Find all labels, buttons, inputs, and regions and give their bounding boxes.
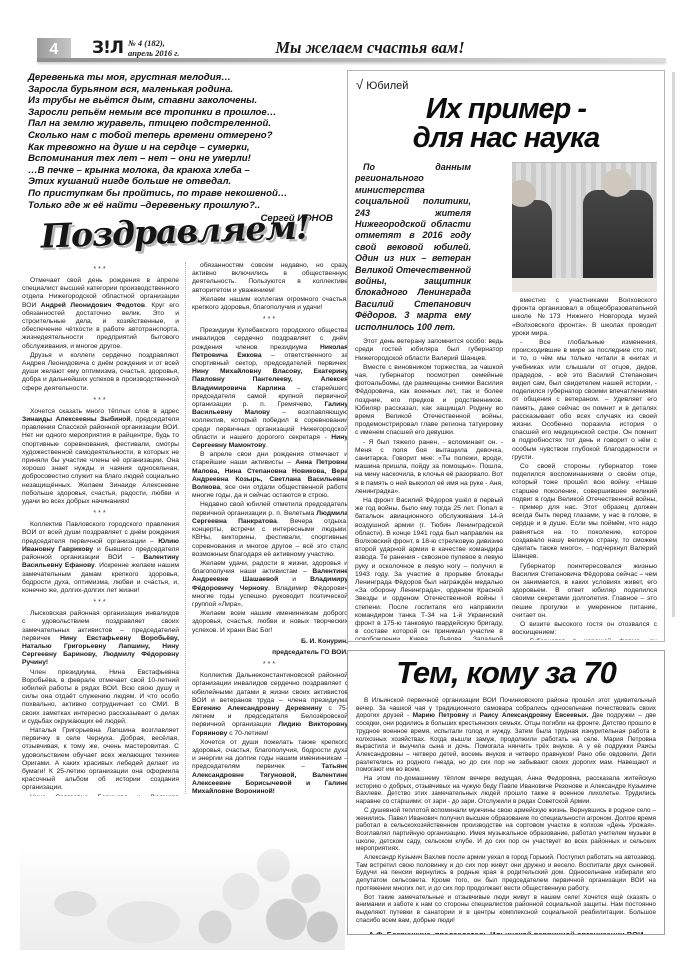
- jubilee-column-2: вместно с участниками Волховского фронта…: [512, 162, 657, 640]
- rubric-label: Юбилей: [366, 80, 408, 92]
- paragraph: Вспоминания тех лет – нет – они не умерл…: [28, 153, 333, 165]
- section-separator: ***: [22, 397, 179, 404]
- anniversary-headline: Тем, кому за 70: [356, 655, 656, 691]
- signature: председатель ГО ВОИ.: [192, 649, 348, 657]
- newspaper-logo: З!Л: [92, 38, 123, 58]
- poem: Деревенька ты моя, грустная мелодия…Заро…: [28, 72, 333, 225]
- jubilee-lead: По данным регионального министерства соц…: [355, 162, 503, 333]
- section-separator: ***: [192, 661, 348, 668]
- paragraph: По данным регионального министерства соц…: [355, 162, 471, 333]
- paragraph: - Все глобальные изменения, происходивши…: [512, 339, 657, 462]
- paragraph: Наталья Григорьевна Лапшина возглавляет …: [22, 727, 179, 793]
- paragraph: Коллектив Дальнеконстантиновской районно…: [192, 672, 348, 738]
- newspaper-page: 4 З!Л № 4 (182), апрель 2016 г. Мы желае…: [0, 0, 680, 956]
- paragraph: В апреле свои дни рождения отмечают и ст…: [192, 451, 348, 500]
- photo-table: [512, 278, 657, 292]
- veteran-figure: [512, 200, 552, 282]
- paragraph: - Я был тяжело ранен, - вспоминает он. -…: [355, 439, 503, 496]
- paragraph: В Ильинской первичной организации ВОИ По…: [356, 697, 656, 774]
- header-rule: [37, 58, 666, 62]
- paragraph: Деревенька ты моя, грустная мелодия…: [28, 72, 333, 84]
- paragraph: Из трубы не вьётся дым, ставни заколочен…: [28, 95, 333, 107]
- paragraph: О визите высокого гостя он отозвался с в…: [512, 621, 657, 637]
- paragraph: Хочется от души пожелать также крепкого …: [192, 739, 348, 794]
- anniversary-text: В Ильинской первичной организации ВОИ По…: [356, 697, 656, 935]
- paragraph: С душевной теплотой вспоминали мужчины с…: [356, 807, 656, 853]
- paragraph: На фронт Василий Фёдоров ушёл в первый ж…: [355, 497, 503, 640]
- anniversary-article: Тем, кому за 70 В Ильинской первичной ор…: [347, 650, 665, 935]
- newspaper-slogan: Мы желаем счастья вам!: [250, 38, 490, 58]
- signature: А.Ф. Безручкина, председатель Ильинской …: [356, 931, 656, 935]
- paragraph: Со своей стороны губернатор тоже поделил…: [512, 463, 657, 561]
- section-separator: ***: [22, 599, 179, 606]
- paragraph: Недавно свой юбилей отметила председател…: [192, 501, 348, 558]
- jubilee-column-1: По данным регионального министерства соц…: [355, 162, 503, 640]
- paragraph: Губернатор поинтересовался жизнью Васили…: [512, 563, 657, 620]
- paragraph: Сколько нам с тобой теперь времени отмер…: [28, 130, 333, 142]
- paragraph: Вот такие замечательные и отзывчивые люд…: [356, 894, 656, 925]
- paragraph: Желаем всем нашим именинникам доброго зд…: [192, 610, 348, 635]
- signature: Б. И. Конурин,: [192, 638, 348, 646]
- paragraph: обязанностям совсем недавно, но сразу ак…: [192, 262, 348, 295]
- paragraph: Президиум Кулебакского городского общест…: [192, 327, 348, 450]
- jubilee-headline-line2: для нас наука: [354, 124, 658, 153]
- section-separator: ***: [192, 316, 348, 323]
- page-number: 4: [50, 41, 59, 59]
- paragraph: Вместе с виновником торжества, за чашкой…: [355, 364, 503, 438]
- paragraph: вместно с участниками Волховского фронта…: [512, 297, 657, 338]
- paragraph: Хочется сказать много тёплых слов в адре…: [22, 408, 179, 506]
- paragraph: Лысковская районная организация инвалидо…: [22, 610, 179, 667]
- issue-info: № 4 (182), апрель 2016 г.: [128, 39, 179, 58]
- section-separator: ***: [22, 510, 179, 517]
- paragraph: - Губернатор в хорошей форме, он жизнера…: [512, 638, 657, 640]
- section-separator: ***: [22, 266, 179, 273]
- paragraph: Александр Кузьмич Вахлев после армии уех…: [356, 854, 656, 893]
- issue-date: апрель 2016 г.: [128, 49, 179, 59]
- paragraph: Желаем удачи, радости в жизни, здоровья …: [192, 560, 348, 609]
- scan-page-edge: [672, 72, 675, 617]
- jubilee-headline-line1: Их пример -: [354, 95, 658, 124]
- paragraph: Этих кушаний нигде больше не отведал.: [28, 176, 333, 188]
- rubric: √ Юбилей: [356, 77, 658, 92]
- paragraph: Друзья и коллеги сердечно поздравляют Ан…: [22, 352, 179, 393]
- paragraph: Отмечает свой день рождения в апреле спе…: [22, 277, 179, 351]
- paragraph: На этом по-домашнему тёплом вечере ведущ…: [356, 775, 656, 806]
- flowers-photo: [20, 796, 345, 950]
- veteran-governor-photo: [512, 162, 657, 292]
- paragraph: Пал на землю журавель, птицею подстрелен…: [28, 118, 333, 130]
- jubilee-headline: Их пример - для нас наука: [354, 95, 658, 153]
- paragraph: Как тревожно на душе и на сердце – сумер…: [28, 142, 333, 154]
- paragraph: Заросла бурьяном вся, маленькая родина.: [28, 84, 333, 96]
- paragraph: Заросли репьём немым все тропинки в прош…: [28, 107, 333, 119]
- governor-figure: [583, 190, 653, 282]
- congrats-column-1: ***Отмечает свой день рождения в апреле …: [22, 262, 179, 798]
- rubric-check-icon: √: [356, 77, 363, 92]
- congrats-column-2: обязанностям совсем недавно, но сразу ак…: [185, 262, 348, 794]
- paragraph: Член президиума, Нина Евстафьевна Воробь…: [22, 669, 179, 726]
- paragraph: Желаем нашим коллегам огромного счастья,…: [192, 296, 348, 312]
- paragraph: …В печке – крынка молока, да краюха хлеб…: [28, 165, 333, 177]
- paragraph: Этот день ветерану запомнится особо: вед…: [355, 338, 503, 363]
- jubilee-columns: По данным регионального министерства соц…: [354, 162, 658, 640]
- paragraph: По приступкам бы пройтись, по траве неко…: [28, 188, 333, 200]
- jubilee-article: √ Юбилей Их пример - для нас наука По да…: [347, 70, 665, 642]
- paragraph: Коллектив Павловского городского правлен…: [22, 521, 179, 595]
